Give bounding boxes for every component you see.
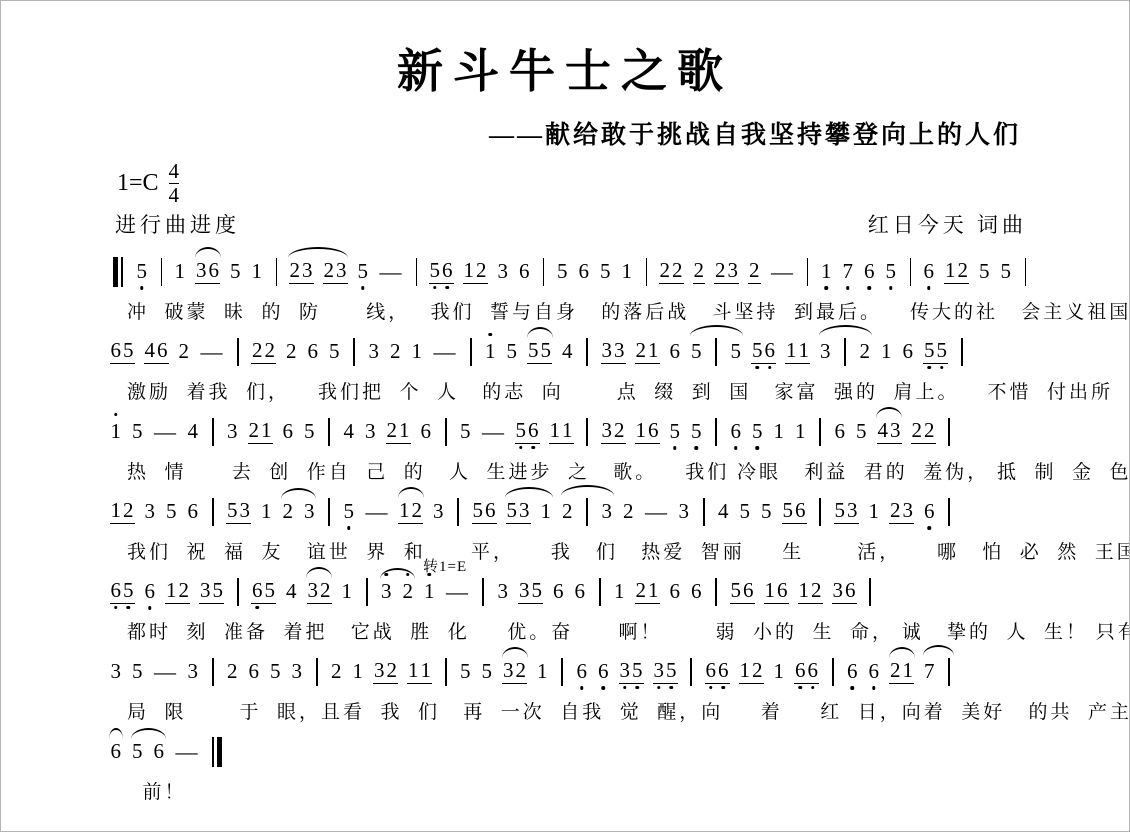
barline [237,338,239,366]
note: 5 [855,421,868,444]
barline [586,498,588,526]
music-line: 65462—22265321—1555433216555611321655 [105,329,1033,375]
lyrics-line: 局 限 于 眼，且看 我 们 再 一次 自我 觉 醒，向 着 红 日，向着 美好… [105,697,1033,725]
note: 5 [165,501,178,524]
final-double-barline [212,737,222,767]
note: 1 [540,501,553,524]
note: 5 [751,421,764,444]
info-row: 进行曲进度 红日今天 词曲 [1,209,1129,239]
time-numerator: 4 [169,161,180,182]
lyrics-line: 前！ [105,777,1033,805]
note: 3 [678,501,691,524]
note: 3 [187,661,200,684]
note: 66 [705,660,730,684]
barline [819,418,821,446]
note: 55 [527,340,552,364]
note: 11 [549,420,574,444]
barline [276,258,277,286]
note: 1 [613,581,626,604]
slur-group: 32 [498,660,532,684]
barline [366,578,368,606]
note: 3 [432,501,445,524]
slur-group: 23 [277,501,320,524]
barline [212,498,214,526]
barline [586,418,588,446]
barline [416,258,417,286]
note: 35 [653,660,678,684]
note: 2 [622,501,635,524]
note: 33 [601,340,626,364]
barline [832,658,834,686]
note: 22 [251,340,276,364]
time-denominator: 4 [169,183,180,206]
barline [328,498,330,526]
note: 21 [248,420,273,444]
barline [353,338,355,366]
score-line: 656— 前！ [105,729,1033,805]
barline [543,258,544,286]
note: 65 [251,580,276,604]
note: 65 [110,580,135,604]
score-line: 35—3265321321155321663535661216666217局 限… [105,649,1033,725]
note: 5 [136,261,149,284]
note: 1 [820,261,833,284]
note: 12 [944,260,969,284]
dash-note: — [482,421,504,443]
note: 3 [819,341,832,364]
lyrics-line: 冲 破蒙 昧 的 防 线， 我们 誓与自身 的落后战 斗坚持 到最后。 传大的社… [105,297,1033,325]
note: 12 [463,260,488,284]
dash-note: — [645,501,667,523]
note: 7 [923,661,936,684]
note: 12 [798,580,823,604]
score-body: 51365123235—5612365651222232—176561255冲 … [1,249,1129,805]
note: 36 [832,580,857,604]
note: 2 [748,260,761,284]
note: 53 [226,500,251,524]
note: 56 [782,500,807,524]
note: 5 [506,341,519,364]
note: 5 [459,661,472,684]
music-line: 656— [105,729,1033,775]
note: 5 [229,261,242,284]
note: 32 [307,580,332,604]
note: 23 [323,260,348,284]
note: 5 [599,261,612,284]
lyrics-line: 热 情 去 创 作自 己 的 人 生进步 之 歌。 我们 冷眼 利益 君的 羞伪… [105,457,1033,485]
open-double-barline [113,257,123,287]
note: 3 [601,501,614,524]
note: 32 [373,660,398,684]
dash-note: — [154,421,176,443]
dash-note: — [434,341,456,363]
note: 6 [730,421,743,444]
note: 5 [690,341,703,364]
key-signature: 1=C [117,170,159,197]
note: 12 [110,500,135,524]
barline [445,658,447,686]
note: 5 [739,501,752,524]
time-signature: 4 4 [169,161,180,206]
note: 3 [368,341,381,364]
dash-note: — [154,661,176,683]
tempo-marking: 进行曲进度 [115,209,240,239]
note: 12 [398,500,423,524]
barline [948,658,950,686]
note: 2 [226,661,239,684]
score-line: 12356531235—12356531232—345556531236我们 祝… [105,489,1033,565]
note: 7 [842,261,855,284]
note: 1 [260,501,273,524]
note: 1 [352,661,365,684]
note: 36 [195,260,220,284]
note: 1 [621,261,634,284]
note: 11 [407,660,432,684]
music-line: 12356531235—12356531232—345556531236 [105,489,1033,535]
note: 3 [291,661,304,684]
dash-note: — [380,261,402,283]
slur-group: 43 [872,420,906,444]
note: 3 [110,661,123,684]
note: 4 [285,581,298,604]
note: 4 [187,421,200,444]
note: 1 [341,581,354,604]
score-line: 转1=E6561235654321321—335661216656161236都… [105,569,1033,645]
note: 2 [402,581,415,604]
lyrics-line: 都时 刻 准备 着把 它战 胜 化 优。奋 啊！ 弱 小的 生 命， 诚 挚的 … [105,617,1033,645]
music-line: 15—432165432165—56113216556511654322 [105,409,1033,455]
note: 6 [846,661,859,684]
note: 5 [343,501,356,524]
dash-note: — [771,261,793,283]
lyrics-line: 我们 祝 福 友 谊世 界 和 平， 我 们 热爱 智丽 生 活， 哪 怕 必 … [105,537,1033,565]
note: 56 [429,260,454,284]
note: 6 [576,661,589,684]
note: 35 [199,580,224,604]
note: 2 [282,501,295,524]
barline [961,338,963,366]
note: 1 [174,261,187,284]
slur-group: 12 [394,500,428,524]
key-time-signature: 1=C 4 4 [1,159,1129,207]
note: 6 [923,501,936,524]
barline [445,418,447,446]
sheet-music-page: 新斗牛士之歌 ——献给敢于挑战自我坚持攀登向上的人们 1=C 4 4 进行曲进度… [0,0,1130,832]
composer-credit: 红日今天 词曲 [868,209,1027,239]
dash-note: — [446,581,468,603]
dash-note: — [176,741,198,763]
note: 55 [923,340,948,364]
barline [212,658,214,686]
dash-note: — [201,341,223,363]
note: 56 [751,340,776,364]
slur-group: 55 [523,340,557,364]
slur-group: 36 [191,260,225,284]
music-line: 35—3265321321155321663535661216666217 [105,649,1033,695]
note: 66 [794,660,819,684]
note: 5 [459,421,472,444]
note: 2 [330,661,343,684]
barline [715,418,717,446]
note: 4 [561,341,574,364]
note: 1 [880,341,893,364]
slur-group: 55 [686,338,747,366]
note: 4 [717,501,730,524]
note: 6 [144,581,157,604]
barline [161,258,162,286]
barline [1025,258,1026,286]
note: 65 [110,340,135,364]
note: 1 [411,341,424,364]
slur-group: 32 [815,338,876,366]
barline [844,338,846,366]
barline [482,578,484,606]
note: 5 [885,261,898,284]
note: 1 [536,661,549,684]
note: 4 [343,421,356,444]
slur-group: 2323 [284,260,352,284]
note: 5 [357,261,370,284]
note: 5 [669,421,682,444]
note: 2 [285,341,298,364]
note: 5 [303,421,316,444]
note: 6 [690,581,703,604]
note: 6 [420,421,433,444]
note: 5 [131,661,144,684]
note: 53 [506,500,531,524]
barline [690,658,692,686]
slur-group: 32 [302,580,336,604]
note: 1 [794,421,807,444]
note: 11 [785,340,810,364]
note: 1 [423,581,436,604]
slur-group: 21 [885,660,919,684]
note: 32 [502,660,527,684]
barline [715,578,717,606]
note: 1 [773,421,786,444]
barline [586,338,588,366]
note: 6 [187,501,200,524]
note: 5 [328,341,341,364]
lyrics-line: 激励 着我 们， 我们把 个 人 的志 向 点 缀 到 国 家富 强的 肩上。 … [105,377,1033,405]
note: 1 [251,261,264,284]
note: 16 [764,580,789,604]
note: 6 [863,261,876,284]
slur-group: 56 [127,741,170,764]
note: 2 [178,341,191,364]
note: 6 [153,741,166,764]
note: 21 [635,340,660,364]
note: 56 [730,580,755,604]
slur-group: 23 [557,498,618,526]
note: 5 [131,421,144,444]
note: 5 [760,501,773,524]
note: 5 [730,341,743,364]
barline [819,498,821,526]
note: 5 [1000,261,1013,284]
note: 6 [834,421,847,444]
note: 23 [889,500,914,524]
note: 21 [386,420,411,444]
note: 12 [739,660,764,684]
barline [869,578,871,606]
barline [646,258,647,286]
note: 56 [472,500,497,524]
slur-group: 6 [105,741,127,764]
barline [948,418,950,446]
note: 6 [902,341,915,364]
note: 2 [389,341,402,364]
slur-group: 531 [501,500,557,524]
song-subtitle: ——献给敢于挑战自我坚持攀登向上的人们 [1,115,1129,151]
barline [703,498,705,526]
barline [715,338,717,366]
dash-note: — [366,501,388,523]
note: 43 [877,420,902,444]
score-line: 65462—22265321—1555433216555611321655激励 … [105,329,1033,405]
note: 35 [518,580,543,604]
note: 1 [773,661,786,684]
barline [910,258,911,286]
barline [212,418,214,446]
note: 5 [978,261,991,284]
note: 5 [690,421,703,444]
note: 3 [497,261,510,284]
note: 6 [669,581,682,604]
note: 1 [868,501,881,524]
barline [807,258,808,286]
note: 32 [601,420,626,444]
score-line: 15—432165432165—56113216556511654322热 情 … [105,409,1033,485]
note: 6 [307,341,320,364]
note: 6 [923,261,936,284]
note: 53 [834,500,859,524]
note: 3 [226,421,239,444]
note: 3 [144,501,157,524]
note: 1 [484,341,497,364]
barline [328,418,330,446]
note: 23 [714,260,739,284]
note: 5 [131,741,144,764]
barline [948,498,950,526]
note: 6 [248,661,261,684]
note: 16 [635,420,660,444]
note: 12 [165,580,190,604]
barline [599,578,601,606]
barline [457,498,459,526]
barline [561,658,563,686]
note: 2 [561,501,574,524]
note: 5 [269,661,282,684]
note: 5 [481,661,494,684]
note: 1 [110,421,123,444]
note: 6 [669,341,682,364]
note: 6 [597,661,610,684]
music-line: 6561235654321321—335661216656161236 [105,569,1033,615]
song-title: 新斗牛士之歌 [1,35,1129,101]
note: 6 [574,581,587,604]
score-line: 51365123235—5612365651222232—176561255冲 … [105,249,1033,325]
note: 6 [868,661,881,684]
note: 3 [497,581,510,604]
note: 22 [659,260,684,284]
note: 6 [110,741,123,764]
slur-group: 32 [376,581,419,604]
barline [470,338,472,366]
note: 2 [859,341,872,364]
note: 23 [289,260,314,284]
barline [316,658,318,686]
music-line: 51365123235—5612365651222232—176561255 [105,249,1033,295]
note: 46 [144,340,169,364]
note: 21 [635,580,660,604]
note: 5 [556,261,569,284]
note: 6 [578,261,591,284]
note: 6 [552,581,565,604]
note: 35 [619,660,644,684]
note: 3 [303,501,316,524]
note: 6 [282,421,295,444]
note: 21 [889,660,914,684]
note: 6 [518,261,531,284]
note: 22 [911,420,936,444]
slur-group: 7 [919,658,959,686]
note: 56 [515,420,540,444]
note: 2 [693,260,706,284]
note: 3 [364,421,377,444]
barline [237,578,239,606]
note: 3 [380,581,393,604]
